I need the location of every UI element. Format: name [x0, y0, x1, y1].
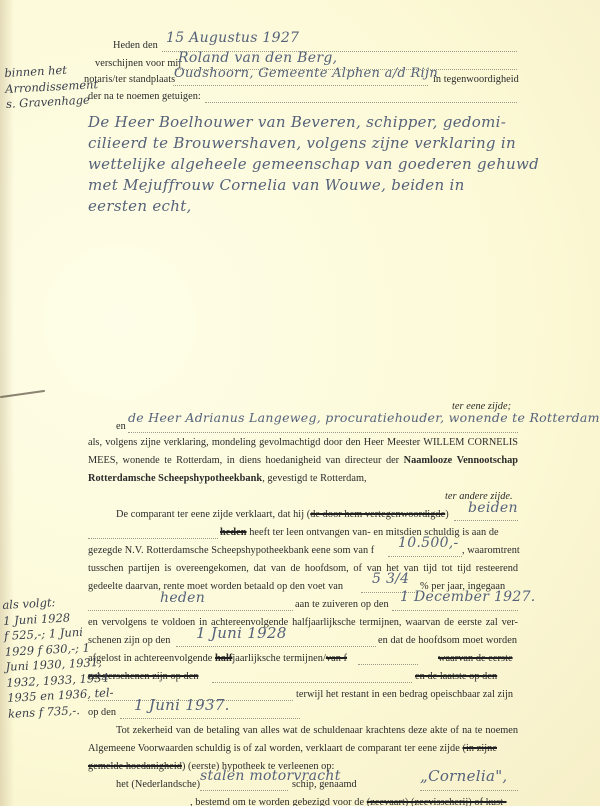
- witnesses-dotline: [205, 102, 517, 103]
- loan-line-4: tusschen partijen is overeengekomen, dat…: [88, 563, 518, 574]
- date-label: Heden den: [113, 40, 158, 51]
- interest-rate[interactable]: 5 3/4: [372, 571, 409, 587]
- first-interest-date[interactable]: 1 December 1927.: [400, 589, 536, 605]
- final-date[interactable]: 1 Juni 1937.: [134, 696, 230, 714]
- security-line-1: Tot zekerheid van de betaling van alles …: [116, 725, 518, 736]
- loan-line-1: De comparant ter eene zijde verklaart, d…: [116, 509, 449, 520]
- first-interest-dotline: [392, 610, 518, 611]
- party-one-line: cilieerd te Brouwershaven, volgens zijne…: [88, 134, 516, 152]
- party-one-line: wettelijke algeheele gemeenschap van goe…: [88, 155, 539, 173]
- security-line-4: het (Nederlandsche): [116, 779, 200, 790]
- en-label: en: [116, 421, 126, 432]
- final-date-dotline: [120, 718, 300, 719]
- start-dotline: [88, 610, 293, 611]
- loan-line-9: afgelost in achtereenvolgende halfjaarli…: [88, 653, 347, 664]
- security-line-4-mid: schip, genaamd: [292, 779, 357, 790]
- date-value[interactable]: 15 Augustus 1927: [166, 30, 299, 46]
- presence-label: in tegenwoordigheid: [433, 74, 519, 85]
- security-line-5: , bestemd om te worden gebezigd voor de …: [190, 797, 507, 806]
- borrower-dotline-2: [88, 538, 218, 539]
- ship-type-dotline: [200, 790, 288, 791]
- term-amount-dotline: [358, 664, 418, 665]
- appear-label: verschijnen voor mij: [95, 58, 181, 69]
- loan-line-10-strike-2: en de laatste op den: [415, 671, 497, 682]
- margin-note-repayment-schedule: als volgt: 1 Juni 1928 f 525,-; 1 Juni 1…: [2, 592, 115, 721]
- party-one-line: De Heer Boelhouwer van Beveren, schipper…: [88, 113, 506, 131]
- margin-note-arrondissement: binnen het Arrondissement s. Gravenhage: [4, 61, 99, 112]
- loan-line-3: gezegde N.V. Rotterdamsche Scheepshypoth…: [88, 545, 374, 556]
- loan-line-9-strike: waarvan de eerste: [438, 653, 513, 664]
- party-two-line-2: MEES, wonende te Rotterdam, in diens hoe…: [88, 455, 518, 466]
- start-hand[interactable]: heden: [160, 590, 205, 606]
- residence-value[interactable]: Oudshoorn, Gemeente Alphen a/d Rijn: [174, 66, 438, 81]
- witnesses-label: der na te noemen getuigen:: [88, 91, 201, 102]
- party-two-line-3: Rotterdamsche Scheepshypotheekbank, geve…: [88, 473, 367, 484]
- security-line-2: Algemeene Voorwaarden schuldig is of zal…: [88, 743, 497, 754]
- loan-line-5: gedeelte daarvan, rente moet worden beta…: [88, 581, 343, 592]
- loan-line-3-end: , waaromtrent: [462, 545, 520, 556]
- borrower-dotline: [454, 520, 518, 521]
- loan-line-6: aan te zuiveren op den: [295, 599, 389, 610]
- ship-name-dotline: [420, 790, 518, 791]
- loan-line-11: terwijl het restant in een bedrag opeisc…: [296, 689, 513, 700]
- notary-name[interactable]: Roland van den Berg,: [178, 50, 337, 66]
- loan-line-7: en vervolgens te voldoen in achtereenvol…: [88, 617, 518, 628]
- party-two-line-1: als, volgens zijne verklaring, mondeling…: [88, 437, 518, 448]
- party-two-name[interactable]: de Heer Adrianus Langeweg, procuratiehou…: [128, 410, 600, 425]
- term-date-dotline: [212, 682, 412, 683]
- loan-line-8-end: en dat de hoofdsom moet worden: [378, 635, 517, 646]
- first-term-date[interactable]: 1 Juni 1928: [196, 624, 287, 642]
- party-one-line: eersten echt,: [88, 197, 192, 215]
- borrower-hand[interactable]: beiden: [468, 500, 518, 516]
- party-two-dotline: [128, 432, 518, 433]
- amount-dotline: [388, 556, 462, 557]
- residence-dotline: [173, 85, 428, 86]
- first-term-dotline: [176, 646, 376, 647]
- party-one-line: met Mejuffrouw Cornelia van Wouwe, beide…: [88, 176, 465, 194]
- ship-name[interactable]: „Cornelia",: [420, 767, 508, 785]
- loan-amount[interactable]: 10.500,-: [398, 535, 459, 551]
